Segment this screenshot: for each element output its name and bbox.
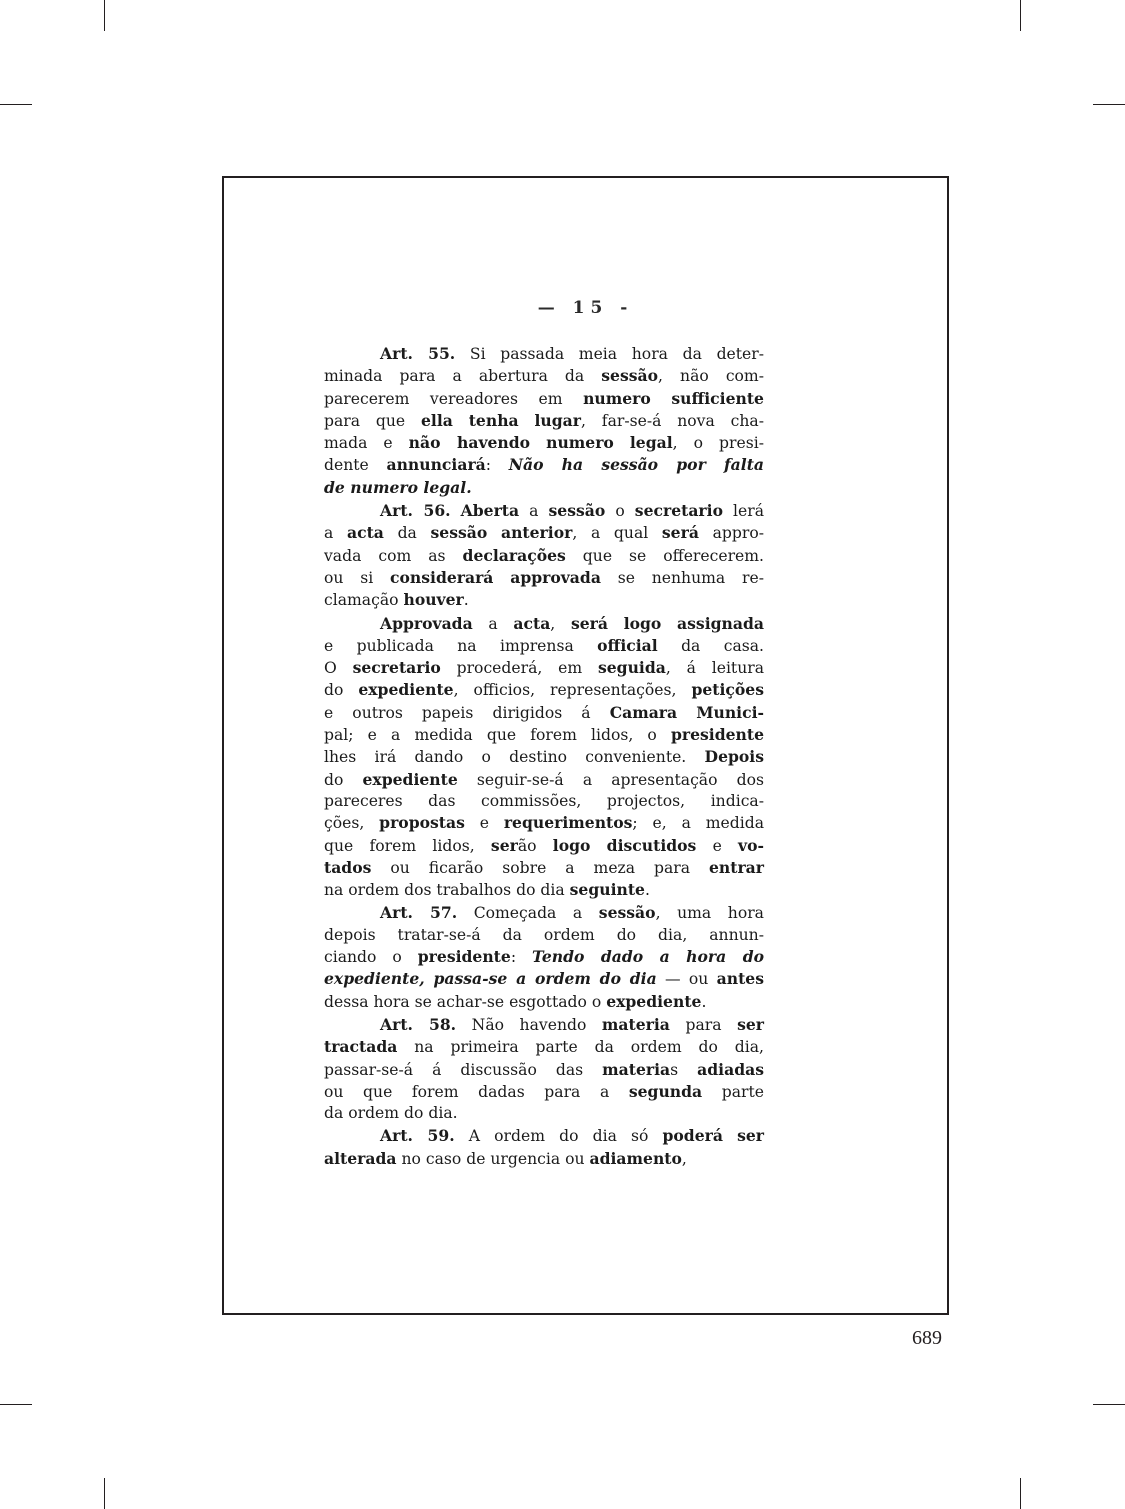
crop-mark-top-left-vertical <box>104 0 105 31</box>
text-line: tractada na primeira parte da ordem do d… <box>324 1036 764 1058</box>
text-line: ções, propostas e requerimentos; e, a me… <box>324 812 764 834</box>
text-line: e publicada na imprensa official da casa… <box>324 635 764 657</box>
text-line: tados ou ficarão sobre a meza para entra… <box>324 857 764 879</box>
crop-mark-bottom-left-horizontal <box>0 1404 32 1405</box>
paragraph-art-57: Art. 57. Começada a sessão, uma horadepo… <box>324 902 764 1012</box>
text-line: Art. 56. Aberta a sessão o secretario le… <box>324 500 764 522</box>
text-line: passar-se-á á discussão das materias adi… <box>324 1059 764 1081</box>
text-line: pareceres das commissões, projectos, ind… <box>324 791 764 812</box>
text-line: vada com as declarações que se offerecer… <box>324 545 764 567</box>
text-line: pal; e a medida que forem lidos, o presi… <box>324 724 764 746</box>
crop-mark-top-left-horizontal <box>0 104 32 105</box>
scanned-page-frame: — 15 - Art. 55. Si passada meia hora da … <box>222 176 949 1315</box>
crop-mark-top-right-vertical <box>1020 0 1021 31</box>
text-line: ou si considerará approvada se nenhuma r… <box>324 567 764 589</box>
text-line: lhes irá dando o destino conveniente. De… <box>324 746 764 768</box>
crop-mark-bottom-right-horizontal <box>1093 1404 1125 1405</box>
text-line: Art. 55. Si passada meia hora da deter- <box>324 343 764 365</box>
text-line: dessa hora se achar-se esgottado o exped… <box>324 991 764 1013</box>
text-line: mada e não havendo numero legal, o presi… <box>324 432 764 454</box>
text-line: ou que forem dadas para a segunda parte <box>324 1081 764 1103</box>
text-line: Approvada a acta, será logo assignada <box>324 613 764 635</box>
folio-page-number: 689 <box>912 1327 942 1350</box>
paragraph-art-56: Art. 56. Aberta a sessão o secretario le… <box>324 500 764 611</box>
paragraph-art-55: Art. 55. Si passada meia hora da deter-m… <box>324 343 764 499</box>
text-line: Art. 57. Começada a sessão, uma hora <box>324 902 764 924</box>
crop-mark-top-right-horizontal <box>1093 104 1125 105</box>
text-line: alterada no caso de urgencia ou adiament… <box>324 1148 764 1170</box>
text-line: minada para a abertura da sessão, não co… <box>324 365 764 387</box>
text-line: ciando o presidente: Tendo dado a hora d… <box>324 946 764 968</box>
text-line: de numero legal. <box>324 477 764 499</box>
text-line: do expediente, officios, representações,… <box>324 679 764 701</box>
text-line: do expediente seguir-se-á a apresentação… <box>324 769 764 791</box>
crop-mark-bottom-left-vertical <box>104 1478 105 1509</box>
text-line: clamação houver. <box>324 589 764 611</box>
scan-page-number: — 15 - <box>224 298 947 318</box>
text-line: O secretario procederá, em seguida, á le… <box>324 657 764 679</box>
paragraph-art-56-approvada: Approvada a acta, será logo assignadae p… <box>324 613 764 902</box>
text-line: dente annunciará: Não ha sessão por falt… <box>324 454 764 476</box>
text-line: a acta da sessão anterior, a qual será a… <box>324 522 764 544</box>
paragraph-art-59: Art. 59. A ordem do dia só poderá seralt… <box>324 1125 764 1170</box>
text-line: Art. 58. Não havendo materia para ser <box>324 1014 764 1036</box>
paragraph-art-58: Art. 58. Não havendo materia para sertra… <box>324 1014 764 1124</box>
text-line: da ordem do dia. <box>324 1103 764 1124</box>
text-line: para que ella tenha lugar, far-se-á nova… <box>324 410 764 432</box>
text-line: expediente, passa-se a ordem do dia — ou… <box>324 968 764 990</box>
scan-body-text: Art. 55. Si passada meia hora da deter-m… <box>324 343 764 1170</box>
text-line: Art. 59. A ordem do dia só poderá ser <box>324 1125 764 1147</box>
text-line: na ordem dos trabalhos do dia seguinte. <box>324 879 764 901</box>
text-line: que forem lidos, serão logo discutidos e… <box>324 835 764 857</box>
crop-mark-bottom-right-vertical <box>1020 1478 1021 1509</box>
text-line: e outros papeis dirigidos á Camara Munic… <box>324 702 764 724</box>
text-line: parecerem vereadores em numero sufficien… <box>324 388 764 410</box>
text-line: depois tratar-se-á da ordem do dia, annu… <box>324 925 764 946</box>
